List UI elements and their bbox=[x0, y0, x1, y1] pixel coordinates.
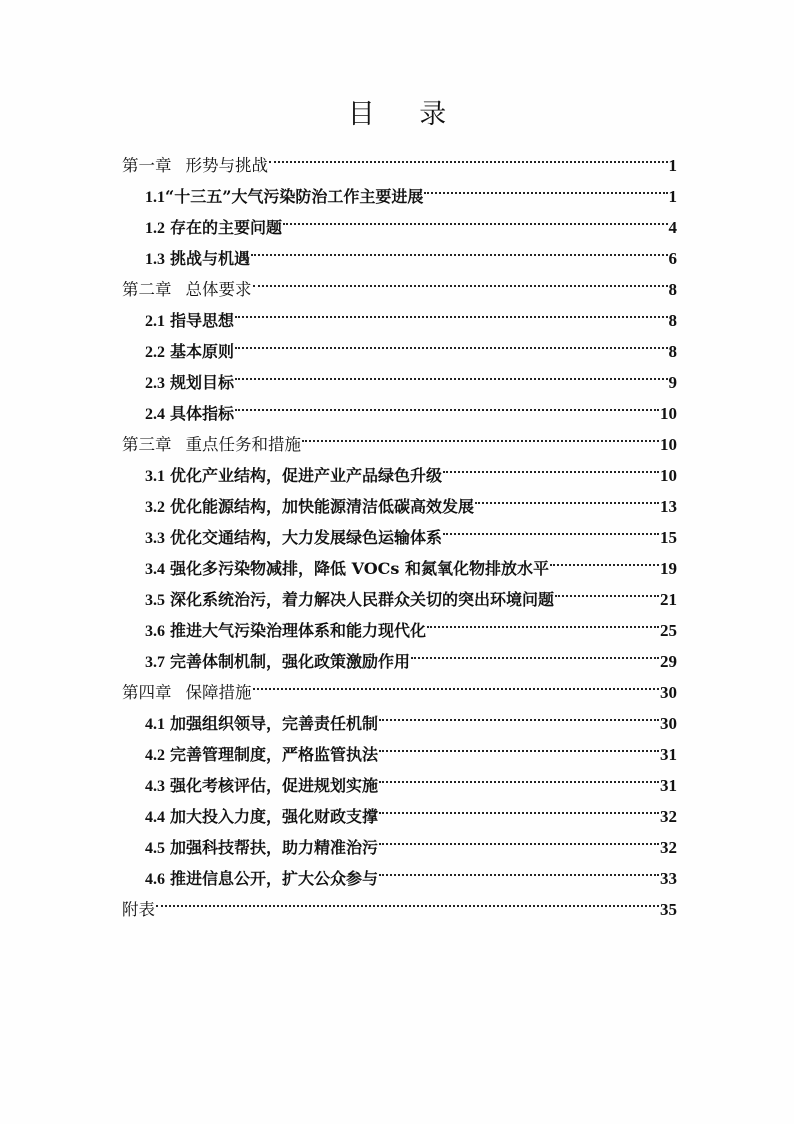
toc-entry-chapter-3[interactable]: 第三章 重点任务和措施 10 bbox=[122, 420, 677, 450]
toc-entry-section-4-6[interactable]: 4.6 推进信息公开，扩大公众参与 33 bbox=[145, 854, 677, 884]
dot-leader bbox=[269, 141, 668, 171]
toc-entry-section-3-6[interactable]: 3.6 推进大气污染治理体系和能力现代化 25 bbox=[145, 606, 677, 636]
dot-leader bbox=[251, 234, 667, 264]
dot-leader bbox=[379, 792, 659, 822]
dot-leader bbox=[253, 265, 668, 295]
document-page: 目 录 第一章 形势与挑战 1 1.1 “十三五”大气污染防治工作主要进展 1 … bbox=[0, 0, 794, 1124]
toc-entry-section-3-7[interactable]: 3.7 完善体制机制，强化政策激励作用 29 bbox=[145, 637, 677, 667]
dot-leader bbox=[235, 389, 659, 419]
toc-entry-section-2-4[interactable]: 2.4 具体指标 10 bbox=[145, 389, 677, 419]
dot-leader bbox=[555, 575, 659, 605]
toc-entry-section-3-3[interactable]: 3.3 优化交通结构，大力发展绿色运输体系 15 bbox=[145, 513, 677, 543]
dot-leader bbox=[379, 699, 659, 729]
dot-leader bbox=[253, 668, 660, 698]
toc-entry-section-2-1[interactable]: 2.1 指导思想 8 bbox=[145, 296, 677, 326]
toc-entry-section-4-5[interactable]: 4.5 加强科技帮扶，助力精准治污 32 bbox=[145, 823, 677, 853]
dot-leader bbox=[443, 451, 659, 481]
dot-leader bbox=[379, 823, 659, 853]
page-title: 目 录 bbox=[0, 92, 794, 131]
toc-entry-section-4-3[interactable]: 4.3 强化考核评估，促进规划实施 31 bbox=[145, 761, 677, 791]
dot-leader bbox=[550, 544, 659, 574]
toc-entry-section-4-2[interactable]: 4.2 完善管理制度，严格监管执法 31 bbox=[145, 730, 677, 760]
dot-leader bbox=[427, 606, 659, 636]
dot-leader bbox=[475, 482, 659, 512]
dot-leader bbox=[302, 420, 659, 450]
dot-leader bbox=[156, 885, 659, 915]
dot-leader bbox=[379, 761, 659, 791]
dot-leader bbox=[283, 203, 667, 233]
dot-leader bbox=[424, 172, 667, 202]
toc-entry-appendix[interactable]: 附表 35 bbox=[122, 885, 677, 915]
toc-entry-section-1-3[interactable]: 1.3 挑战与机遇 6 bbox=[145, 234, 677, 264]
toc-entry-section-1-2[interactable]: 1.2 存在的主要问题 4 bbox=[145, 203, 677, 233]
dot-leader bbox=[411, 637, 659, 667]
toc-entry-section-1-1[interactable]: 1.1 “十三五”大气污染防治工作主要进展 1 bbox=[145, 172, 677, 202]
dot-leader bbox=[379, 854, 659, 884]
dot-leader bbox=[235, 296, 667, 326]
toc-entry-section-3-4[interactable]: 3.4 强化多污染物减排，降低 VOCs 和氮氧化物排放水平 19 bbox=[145, 544, 677, 574]
toc-entry-chapter-1[interactable]: 第一章 形势与挑战 1 bbox=[122, 141, 677, 171]
toc-entry-section-3-5[interactable]: 3.5 深化系统治污，着力解决人民群众关切的突出环境问题 21 bbox=[145, 575, 677, 605]
toc-entry-section-2-2[interactable]: 2.2 基本原则 8 bbox=[145, 327, 677, 357]
toc-entry-section-3-2[interactable]: 3.2 优化能源结构，加快能源清洁低碳高效发展 13 bbox=[145, 482, 677, 512]
dot-leader bbox=[235, 327, 667, 357]
dot-leader bbox=[443, 513, 659, 543]
toc-entry-section-2-3[interactable]: 2.3 规划目标 9 bbox=[145, 358, 677, 388]
toc-entry-page: 35 bbox=[660, 895, 677, 925]
toc-entry-section-4-1[interactable]: 4.1 加强组织领导，完善责任机制 30 bbox=[145, 699, 677, 729]
dot-leader bbox=[379, 730, 659, 760]
toc-entry-chapter-2[interactable]: 第二章 总体要求 8 bbox=[122, 265, 677, 295]
dot-leader bbox=[235, 358, 667, 388]
toc-entry-chapter-4[interactable]: 第四章 保障措施 30 bbox=[122, 668, 677, 698]
toc-entry-section-4-4[interactable]: 4.4 加大投入力度，强化财政支撑 32 bbox=[145, 792, 677, 822]
toc-entry-label: 附表 bbox=[122, 895, 155, 925]
toc-entry-section-3-1[interactable]: 3.1 优化产业结构，促进产业产品绿色升级 10 bbox=[145, 451, 677, 481]
